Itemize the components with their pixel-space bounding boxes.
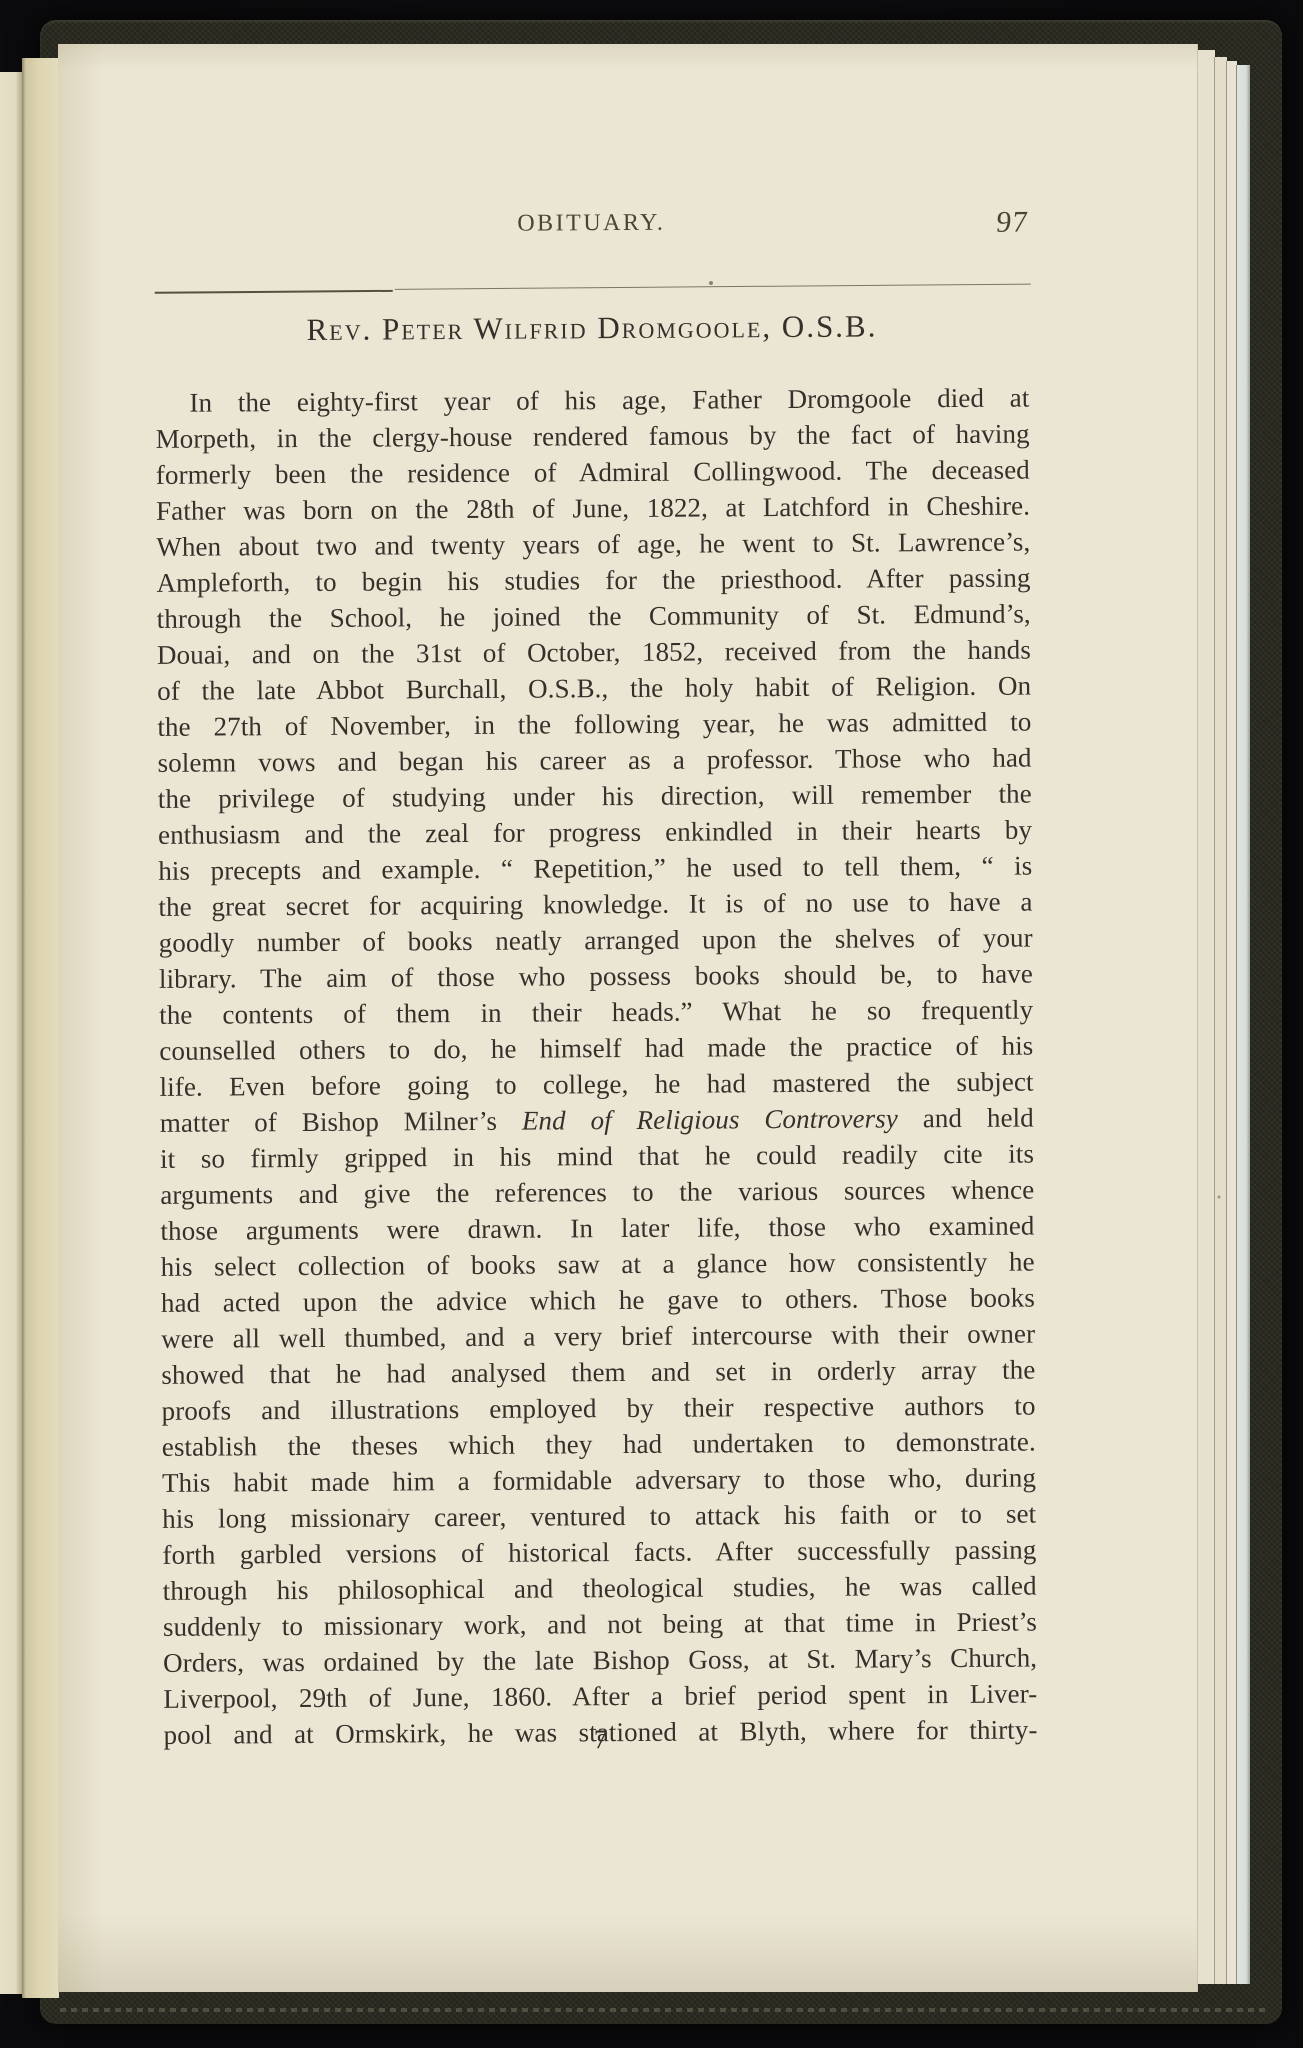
body-line: through his philosophical and theologica… xyxy=(163,1568,1037,1609)
body-line: This habit made him a formidable adversa… xyxy=(162,1460,1036,1501)
book-photo: OBITUARY. 97 Rev. Peter Wilfrid Dromgool… xyxy=(0,0,1303,2048)
page-gutter xyxy=(22,58,59,1998)
page-content: OBITUARY. 97 Rev. Peter Wilfrid Dromgool… xyxy=(53,41,1204,1996)
body-line: Morpeth, in the clergy-house rendered fa… xyxy=(156,416,1030,457)
body-line: it so firmly gripped in his mind that he… xyxy=(160,1136,1034,1177)
running-head: OBITUARY. xyxy=(154,208,1028,240)
body-line: counselled others to do, he himself had … xyxy=(159,1028,1033,1069)
body-line: the contents of them in their heads.” Wh… xyxy=(159,992,1033,1033)
body-line: the 27th of November, in the following y… xyxy=(157,704,1031,745)
cover-stitch-line xyxy=(60,2008,1270,2012)
paper-specks xyxy=(58,44,60,46)
body-line: the great secret for acquiring knowledge… xyxy=(158,884,1032,925)
body-line: formerly been the residence of Admiral C… xyxy=(156,452,1030,493)
body-line: library. The aim of those who possess bo… xyxy=(159,956,1033,997)
body-line: Ampleforth, to begin his studies for the… xyxy=(156,560,1030,601)
body-line: Orders, was ordained by the late Bishop … xyxy=(163,1640,1037,1681)
body-line: goodly number of books neatly arranged u… xyxy=(159,920,1033,961)
body-line: were all well thumbed, and a very brief … xyxy=(161,1316,1035,1357)
header-rule-right-segment xyxy=(395,284,1031,290)
header-rule xyxy=(155,284,1031,294)
body-line: enthusiasm and the zeal for progress enk… xyxy=(158,812,1032,853)
body-line: proofs and illustrations employed by the… xyxy=(161,1388,1035,1429)
body-line: showed that he had analysed them and set… xyxy=(161,1352,1035,1393)
body-line: of the late Abbot Burchall, O.S.B., the … xyxy=(157,668,1031,709)
body-line: In the eighty-first year of his age, Fat… xyxy=(155,380,1029,421)
right-page-stack xyxy=(1197,46,1249,1988)
body-line: his long missionary career, ventured to … xyxy=(162,1496,1036,1537)
body-line: had acted upon the advice which he gave … xyxy=(161,1280,1035,1321)
body-line: his select collection of books saw at a … xyxy=(161,1244,1035,1285)
body-line: matter of Bishop Milner’s End of Religio… xyxy=(160,1100,1034,1141)
body-line: solemn vows and began his career as a pr… xyxy=(158,740,1032,781)
page-header: OBITUARY. 97 xyxy=(154,208,1028,253)
body-line: When about two and twenty years of age, … xyxy=(156,524,1030,565)
signature-mark: 7 xyxy=(164,1722,1038,1758)
obituary-title: Rev. Peter Wilfrid Dromgoole, O.S.B. xyxy=(155,308,1029,349)
body-line: through the School, he joined the Commun… xyxy=(157,596,1031,637)
body-line: the privilege of studying under his dire… xyxy=(158,776,1032,817)
obituary-body: In the eighty-first year of his age, Fat… xyxy=(155,380,1037,1753)
body-line: life. Even before going to college, he h… xyxy=(159,1064,1033,1105)
body-line: forth garbled versions of historical fac… xyxy=(162,1532,1036,1573)
body-line: suddenly to missionary work, and not bei… xyxy=(163,1604,1037,1645)
body-line: Liverpool, 29th of June, 1860. After a b… xyxy=(163,1676,1037,1717)
body-line: Father was born on the 28th of June, 182… xyxy=(156,488,1030,529)
left-page-edge xyxy=(0,72,22,1994)
body-line: Douai, and on the 31st of October, 1852,… xyxy=(157,632,1031,673)
page-number: 97 xyxy=(995,206,1030,240)
page-edge xyxy=(1236,65,1250,1984)
body-line: his precepts and example. “ Repetition,”… xyxy=(158,848,1032,889)
body-line: arguments and give the references to the… xyxy=(160,1172,1034,1213)
book-page: OBITUARY. 97 Rev. Peter Wilfrid Dromgool… xyxy=(58,44,1197,1992)
body-line: establish the theses which they had unde… xyxy=(162,1424,1036,1465)
header-rule-left-segment xyxy=(155,290,393,294)
body-line: those arguments were drawn. In later lif… xyxy=(160,1208,1034,1249)
